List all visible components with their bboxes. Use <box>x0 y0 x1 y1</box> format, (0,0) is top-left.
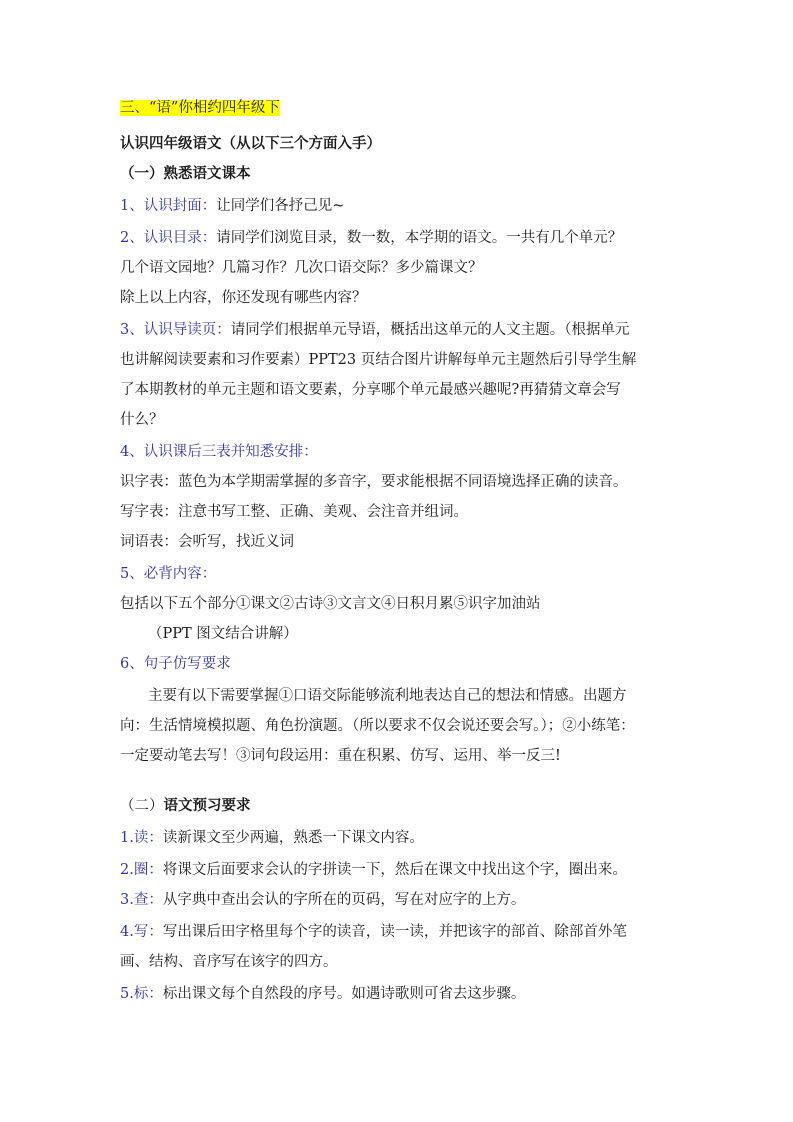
item-4: 4、认识课后三表并知悉安排： <box>120 442 318 462</box>
item-6-cont3: 一定要动笔去写！③词句段运用：重在积累、仿写、运用、举一反三! <box>120 746 561 766</box>
item-6: 6、句子仿写要求 <box>120 654 231 674</box>
item-5-cont: 包括以下五个部分①课文②古诗③文言文④日积月累⑤识字加油站 <box>120 594 541 614</box>
item-3: 3、认识导读页：请同学们根据单元导语，概括出这单元的人文主题。（根据单元 <box>120 320 629 340</box>
prep-item-4: 4.写：写出课后田字格里每个字的读音，读一读，并把该字的部首、除部首外笔 <box>120 922 627 942</box>
prep-item-1: 1.读：读新课文至少两遍，熟悉一下课文内容。 <box>120 828 424 848</box>
item-1: 1、认识封面：让同学们各抒己见~ <box>120 196 344 216</box>
prep-item-4-cont: 画、结构、音序写在该字的四方。 <box>120 952 338 972</box>
item-2-cont: 几个语文园地？几篇习作？几次口语交际？多少篇课文？ <box>120 258 483 278</box>
item-4-literacy: 识字表：蓝色为本学期需掌握的多音字，要求能根据不同语境选择正确的读音。 <box>120 472 628 492</box>
item-6-cont2: 向：生活情境模拟题、角色扮演题。（所以要求不仅会说还要会写。）；②小练笔： <box>120 716 635 736</box>
prep-item-5: 5.标：标出课文每个自然段的序号。如遇诗歌则可省去这步骤。 <box>120 984 525 1004</box>
item-3-cont3: 什么？ <box>120 410 164 430</box>
item-2: 2、认识目录：请同学们浏览目录，数一数，本学期的语文。一共有几个单元？ <box>120 228 622 248</box>
item-4-writing: 写字表：注意书写工整、正确、美观、会注音并组词。 <box>120 502 468 522</box>
prep-item-3: 3.查：从字典中查出会认的字所在的页码，写在对应字的上方。 <box>120 890 525 910</box>
item-6-cont: 主要有以下需要掌握①口语交际能够流利地表达自己的想法和情感。出题方 <box>148 686 627 706</box>
section2-heading: （二）语文预习要求 <box>120 796 251 816</box>
item-5: 5、必背内容： <box>120 564 216 584</box>
doc-subtitle: 认识四年级语文（从以下三个方面入手） <box>120 134 381 154</box>
prep-item-2: 2.圈：将课文后面要求会认的字拼读一下，然后在课文中找出这个字，圈出来。 <box>120 860 627 880</box>
item-2-cont2: 除上以上内容，你还发现有哪些内容？ <box>120 288 367 308</box>
item-4-words: 词语表：会听写，找近义词 <box>120 532 294 552</box>
item-3-cont: 也讲解阅读要素和习作要素）PPT23 页结合图片讲解每单元主题然后引导学生解 <box>120 350 636 370</box>
section1-heading: （一）熟悉语文课本 <box>120 164 251 184</box>
item-5-ppt: （PPT 图文结合讲解） <box>148 624 298 644</box>
item-3-cont2: 了本期教材的单元主题和语文要素，分享哪个单元最感兴趣呢?再猜猜文章会写 <box>120 380 621 400</box>
doc-title: 三、“语”你相约四年级下 <box>120 98 280 118</box>
